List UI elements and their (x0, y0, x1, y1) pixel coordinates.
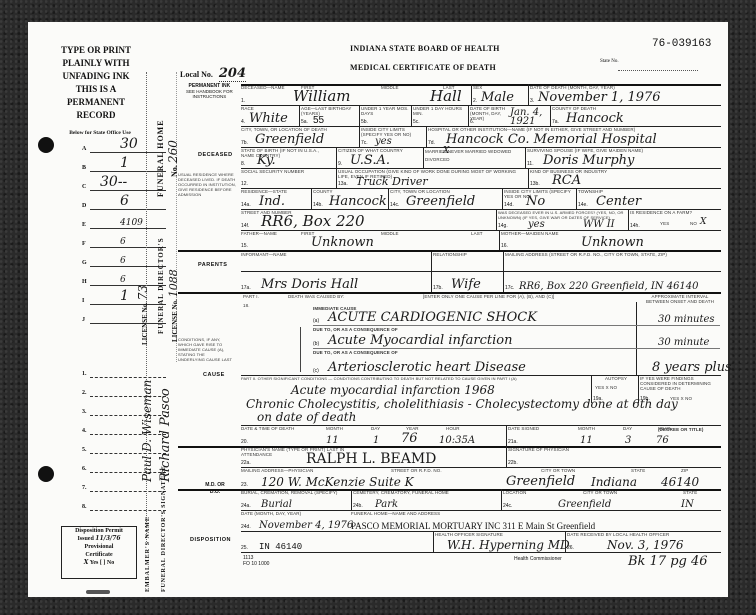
date-of-birth-field[interactable]: DATE OF BIRTH (MONTH, DAY, YEAR) 6.Jan. … (470, 105, 550, 126)
city-of-death-field[interactable]: CITY, TOWN, OR LOCATION OF DEATH 7b.Gree… (241, 126, 359, 147)
punch-hole (38, 466, 54, 482)
local-number: 204 (219, 66, 246, 82)
numbered-line: 5. (90, 435, 166, 454)
fd-signature-label: FUNERAL DIRECTOR'S SIGNATURE (161, 465, 167, 592)
physician-name-field[interactable]: PHYSICIAN'S NAME (TYPE OR PRINT) LAST IN… (241, 446, 506, 467)
date-of-death-field[interactable]: DATE OF DEATH (MONTH, DAY, YEAR) 3.Novem… (530, 84, 720, 105)
tally-row: C30-- (90, 172, 166, 191)
cause-c-field[interactable]: DUE TO, OR AS A CONSEQUENCE OF (c)Arteri… (313, 349, 633, 375)
instruction-line: PERMANENT (48, 96, 144, 109)
residence-state-field[interactable]: RESIDENCE—STATE 14a.Ind. (241, 188, 311, 209)
under-one-year-field[interactable]: UNDER 1 YEAR MOS. DAYS5b. (361, 105, 411, 126)
relationship-field[interactable]: RELATIONSHIP 17b.Wife (433, 271, 503, 292)
certificate-number: 76-039163 (652, 38, 711, 50)
tally-row: F6 (90, 229, 166, 248)
punch-hole (38, 137, 54, 153)
numbered-line: 7. (90, 473, 166, 492)
instruction-line: UNFADING INK (48, 70, 144, 83)
cause-c-interval[interactable]: 8 years plus (640, 349, 720, 375)
birth-state-field[interactable]: STATE OF BIRTH (IF NOT IN U.S.A., NAME C… (241, 147, 336, 168)
tally-row: J (90, 305, 166, 324)
physician-signature-field[interactable]: SIGNATURE OF PHYSICIAN (DEGREE OR TITLE)… (508, 446, 720, 467)
disposition-permit-stamp: Disposition Permit Issued 11/3/76 Provis… (61, 526, 137, 579)
residence-inside-city-field[interactable]: INSIDE CITY LIMITS (SPECIFY YES OR NO) 1… (504, 188, 576, 209)
date-received-field[interactable]: DATE RECEIVED BY LOCAL HEALTH OFFICER 26… (567, 531, 720, 552)
first-name: William (293, 87, 351, 105)
residence-county-field[interactable]: COUNTY 14b.Hancock (313, 188, 388, 209)
father-name-field[interactable]: FATHER—NAME FIRST MIDDLE LAST 15.Unknown (241, 230, 499, 250)
section-deceased: DECEASED (198, 152, 233, 158)
cause-a-field[interactable]: IMMEDIATE CAUSE (a)ACUTE CARDIOGENIC SHO… (313, 305, 633, 325)
tally-row: G6 (90, 248, 166, 267)
union-label-icon (86, 590, 110, 594)
surviving-spouse-field[interactable]: SURVIVING SPOUSE (IF WIFE, GIVE MAIDEN N… (527, 147, 720, 168)
book-reference: Bk 17 pg 46 (628, 554, 708, 569)
other-conditions-field[interactable]: PART II. OTHER SIGNIFICANT CONDITIONS — … (241, 375, 591, 425)
street-field[interactable]: STREET AND NUMBER 14f.RR6, Box 220 (241, 209, 496, 230)
under-one-day-field[interactable]: UNDER 1 DAY HOURS MIN.5c. (413, 105, 468, 126)
race-field[interactable]: RACE 4.White (241, 105, 299, 126)
mother-name-field[interactable]: MOTHER—MAIDEN NAME 16.Unknown (501, 230, 720, 250)
funeral-home-field[interactable]: DATE (MONTH, DAY, YEAR) FUNERAL HOME—NAM… (241, 510, 720, 531)
embalmers-name: Paul D. Wiseman (140, 380, 154, 482)
certificate-title: MEDICAL CERTIFICATE OF DEATH (350, 63, 496, 72)
instruction-line: PLAINLY WITH (48, 57, 144, 70)
permanent-ink-note: PERMANENT INK SEE HANDBOOK FOR INSTRUCTI… (186, 84, 233, 99)
embalmers-name-label: EMBALMER'S NAME (145, 516, 151, 592)
disposition-method-field[interactable]: BURIAL, CREMATION, REMOVAL (SPECIFY) 24a… (241, 489, 351, 510)
tally-row: A30 (90, 134, 166, 153)
last-name-field[interactable]: LAST Hall (408, 84, 471, 105)
mailing-address-field[interactable]: MAILING ADDRESS (STREET OR R.F.D. NO., C… (505, 271, 720, 292)
numbered-line: 6. (90, 454, 166, 473)
funeral-home-label: FUNERAL HOME (156, 119, 165, 197)
tally-row: H6 (90, 267, 166, 286)
health-commissioner-label: Health Commissioner (514, 556, 562, 562)
tally-row: E4109 (90, 210, 166, 229)
funeral-directors-label: FUNERAL DIRECTOR'S (157, 237, 165, 334)
tally-row: D6 (90, 191, 166, 210)
section-cause: CAUSE (203, 372, 225, 378)
county-of-death-field[interactable]: COUNTY OF DEATH 7a.Hancock (552, 105, 720, 126)
autopsy-field[interactable]: AUTOPSY YES X NO 19a. (593, 375, 638, 403)
cemetery-field[interactable]: CEMETERY, CREMATORY, FUNERAL HOME 24b.Pa… (353, 489, 501, 510)
numbered-line: 1. (90, 359, 166, 378)
ssn-field[interactable]: SOCIAL SECURITY NUMBER12. (241, 168, 336, 188)
citizen-field[interactable]: CITIZEN OF WHAT COUNTRY 9.U.S.A. (338, 147, 423, 168)
board-title: INDIANA STATE BOARD OF HEALTH (350, 44, 500, 53)
fd-signature: Richard Pasco (158, 388, 173, 482)
physician-address-field[interactable]: MAILING ADDRESS—PHYSICIAN STREET OR R.F.… (241, 467, 720, 489)
tally-row: B1 (90, 153, 166, 172)
informant-field[interactable]: INFORMANT—NAME 17a.Mrs Doris Hall (241, 271, 431, 292)
cause-b-field[interactable]: DUE TO, OR AS A CONSEQUENCE OF (b)Acute … (313, 326, 633, 348)
date-time-of-death-field[interactable]: DATE & TIME OF DEATH MONTH DAY YEAR HOUR… (241, 425, 506, 446)
occupation-field[interactable]: USUAL OCCUPATION (GIVE KIND OF WORK DONE… (338, 168, 528, 188)
marital-status-field[interactable]: MARRIED NEVER MARRIED WIDOWED DIVORCED X (425, 147, 525, 168)
instruction-line: RECORD (48, 109, 144, 122)
numbered-line: 3. (90, 397, 166, 416)
inside-city-limits-field[interactable]: INSIDE CITY LIMITS (SPECIFY YES OR NO) 7… (361, 126, 426, 147)
funeral-home-zip-field[interactable]: 25.IN 46140 (241, 531, 381, 552)
instruction-line: THIS IS A (48, 83, 144, 96)
age-field[interactable]: AGE—LAST BIRTHDAY (YEARS) 5a.55 (301, 105, 359, 126)
findings-field[interactable]: IF YES WERE FINDINGS CONSIDERED IN DETER… (640, 375, 720, 403)
armed-forces-field[interactable]: WAS DECEASED EVER IN U.S. ARMED FORCES? … (498, 209, 628, 230)
state-no-label: State No. (600, 59, 630, 64)
township-field[interactable]: TOWNSHIP 14e.Center (578, 188, 720, 209)
tally-row: I1 (90, 286, 166, 305)
disposition-location-field[interactable]: LOCATION CITY OR TOWN STATE 24c. Greenfi… (503, 489, 720, 510)
section-usual-residence-note: USUAL RESIDENCE WHERE DECEASED LIVED. IF… (178, 172, 236, 197)
residence-city-field[interactable]: CITY, TOWN OR LOCATION 14c.Greenfield (390, 188, 502, 209)
conditions-note: CONDITIONS, IF ANY, WHICH GAVE RISE TO I… (178, 337, 233, 362)
health-officer-signature-field[interactable]: HEALTH OFFICER SIGNATURE W.H. Hyperning … (435, 531, 565, 552)
section-parents: PARENTS (198, 262, 227, 268)
numbered-line: 8. (90, 492, 166, 511)
form-code: 1113 FO 10 1000 (243, 555, 269, 567)
hospital-field[interactable]: HOSPITAL OR OTHER INSTITUTION—NAME (IF N… (428, 126, 720, 147)
cause-b-interval[interactable]: 30 minute (640, 326, 720, 348)
instruction-line: TYPE OR PRINT (48, 44, 144, 57)
industry-field[interactable]: KIND OF BUSINESS OR INDUSTRY 13b.RCA (530, 168, 720, 188)
section-disposition: DISPOSITION (190, 537, 231, 543)
instructions-block: TYPE OR PRINT PLAINLY WITH UNFADING INK … (48, 44, 144, 122)
numbered-line: 2. (90, 378, 166, 397)
numbered-line: 4. (90, 416, 166, 435)
sex-field[interactable]: SEX 2.Male (473, 84, 528, 105)
last-name: Hall (430, 87, 462, 105)
farm-field[interactable]: IS RESIDENCE ON A FARM? 14h. YES NO X (630, 209, 720, 230)
cause-a-interval[interactable]: 30 minutes (640, 305, 720, 325)
death-certificate: TYPE OR PRINT PLAINLY WITH UNFADING INK … (28, 22, 728, 597)
